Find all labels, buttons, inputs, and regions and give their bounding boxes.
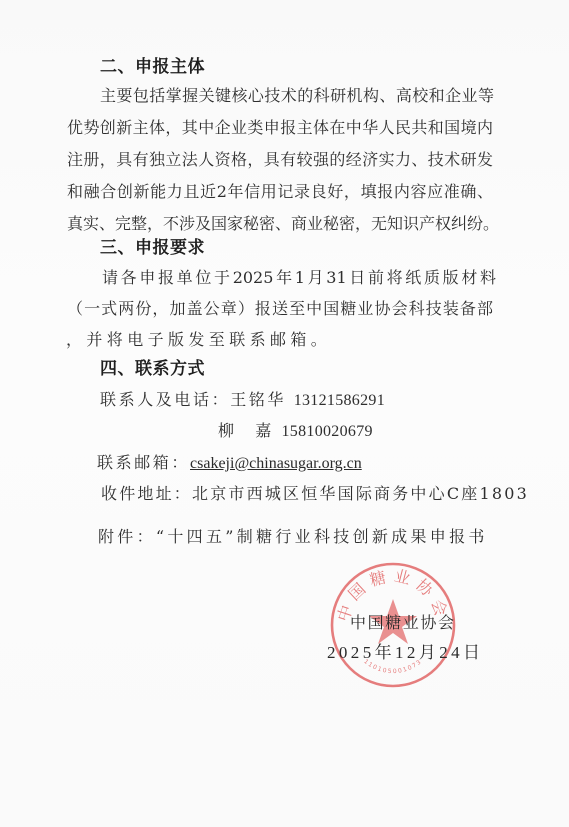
section-heading-contact: 四、联系方式 xyxy=(100,359,205,379)
document-page: 二、申报主体 主要包括掌握关键核心技术的科研机构、高校和企业等 优势创新主体，其… xyxy=(0,0,569,827)
paragraph-line: （一式两份，加盖公章）报送至中国糖业协会科技装备部 xyxy=(67,299,493,319)
contact-name: 柳 嘉 xyxy=(218,421,274,440)
attachment-row: 附件：“十四五”制糖行业科技创新成果申报书 xyxy=(98,527,488,547)
paragraph-line: 和融合创新能力且近2年信用记录良好，填报内容应准确、 xyxy=(67,182,493,202)
contact-email-row: 联系邮箱：csakeji@chinasugar.org.cn xyxy=(97,453,362,474)
signature-date: 2025年12月24日 xyxy=(327,643,483,663)
attachment-label: 附件： xyxy=(98,527,156,546)
contact-phone-row-2: 柳 嘉 15810020679 xyxy=(218,421,373,442)
contact-phone-number: 13121586291 xyxy=(294,392,385,409)
contact-email-link[interactable]: csakeji@chinasugar.org.cn xyxy=(190,455,362,472)
paragraph-line: 优势创新主体，其中企业类申报主体在中华人民共和国境内 xyxy=(67,118,493,138)
attachment-title: “十四五”制糖行业科技创新成果申报书 xyxy=(156,527,488,546)
paragraph-line: 真实、完整，不涉及国家秘密、商业秘密，无知识产权纠纷。 xyxy=(67,214,493,234)
paragraph-line: 注册，具有独立法人资格，具有较强的经济实力、技术研发 xyxy=(67,150,493,170)
contact-address-label: 收件地址： xyxy=(101,484,192,503)
contact-address-value: 北京市西城区恒华国际商务中心C座1803 xyxy=(192,484,529,503)
signature-organization: 中国糖业协会 xyxy=(350,613,456,633)
paragraph-line: 请各申报单位于2025年1月31日前将纸质版材料 xyxy=(102,268,496,288)
contact-phone-label: 联系人及电话： xyxy=(100,390,230,409)
paragraph-line: 主要包括掌握关键核心技术的科研机构、高校和企业等 xyxy=(100,86,494,106)
contact-phone-number: 15810020679 xyxy=(282,423,373,440)
contact-address-row: 收件地址：北京市西城区恒华国际商务中心C座1803 xyxy=(101,484,529,504)
section-heading-requirements: 三、申报要求 xyxy=(100,238,205,258)
section-heading-applicant: 二、申报主体 xyxy=(100,57,205,77)
paragraph-line: ，并将电子版发至联系邮箱。 xyxy=(66,330,331,350)
contact-name: 王铭华 xyxy=(230,390,286,409)
contact-email-label: 联系邮箱： xyxy=(97,453,190,472)
contact-phone-row-1: 联系人及电话：王铭华 13121586291 xyxy=(100,390,385,411)
